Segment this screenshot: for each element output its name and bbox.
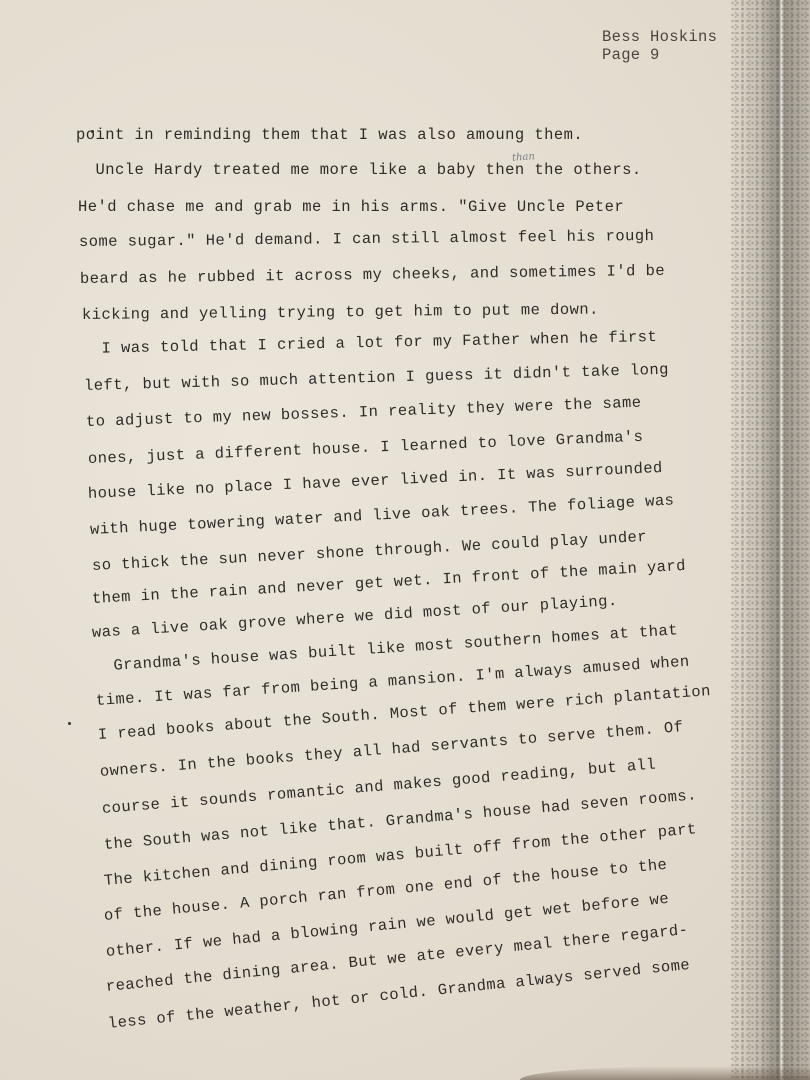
text-line: kicking and yelling trying to get him to… — [82, 301, 599, 324]
text-line: point in reminding them that I was also … — [76, 126, 583, 144]
text-line: less of the weather, hot or cold. Grandm… — [107, 956, 691, 1033]
ink-speck — [68, 722, 71, 725]
text-line: Uncle Hardy treated me more like a baby … — [76, 161, 642, 179]
page-header: Bess Hoskins Page 9 — [602, 28, 717, 64]
text-line: He'd chase me and grab me in his arms. "… — [78, 198, 624, 216]
text-line: some sugar." He'd demand. I can still al… — [79, 227, 655, 251]
text-line: ones, just a different house. I learned … — [88, 428, 644, 468]
text-line: left, but with so much attention I guess… — [84, 361, 669, 395]
page-stack-edge — [730, 0, 810, 1080]
typewritten-page: Bess Hoskins Page 9 than point in remind… — [0, 0, 810, 1080]
text-line: to adjust to my new bosses. In reality t… — [86, 394, 642, 431]
text-line: I was told that I cried a lot for my Fat… — [82, 328, 658, 358]
text-line: beard as he rubbed it across my cheeks, … — [80, 262, 665, 288]
page-number: Page 9 — [602, 46, 717, 64]
page-bottom-shadow — [520, 1066, 810, 1080]
author-name: Bess Hoskins — [602, 28, 717, 46]
